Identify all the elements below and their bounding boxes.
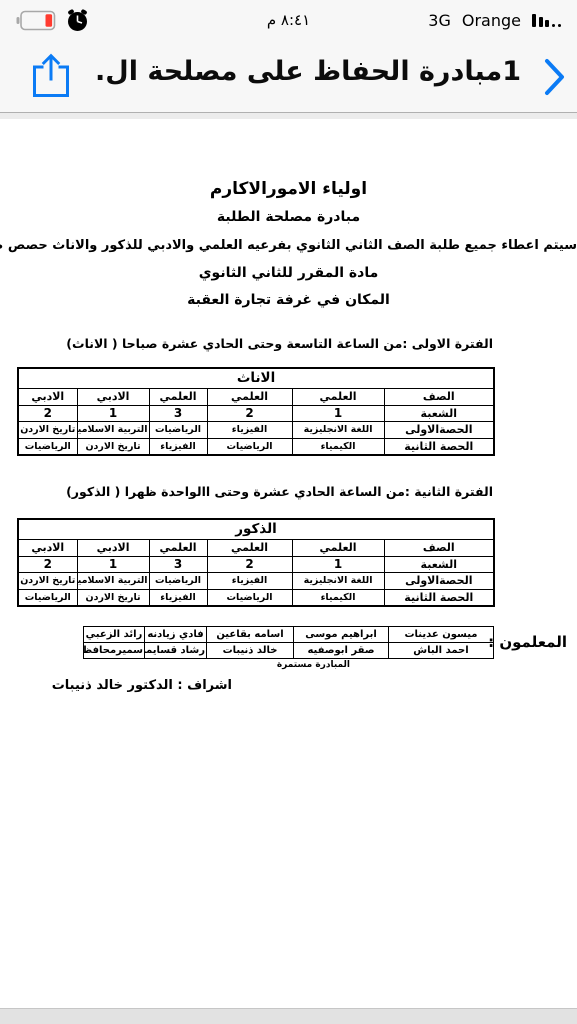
iphone-screen: ٨:٤١ م 3G Orange 1مبادرة الحفاظ على مصلح… — [0, 0, 577, 1024]
doc-subheading: مبادرة مصلحة الطلبة — [0, 209, 577, 225]
table-cell: رشاد قسايمه — [145, 643, 207, 659]
status-left-group — [16, 9, 89, 32]
table-cell: الحصة الثانية — [384, 438, 494, 455]
table-cell: الرياضيات — [149, 572, 207, 589]
table-cell: الادبي — [18, 539, 77, 556]
table-cell: ميسون عدينات — [389, 627, 494, 643]
doc-course-line: مادة المقرر للثاني الثانوي — [0, 265, 577, 281]
table-cell: 1 — [292, 556, 384, 572]
table-cell: فادي زيادنه — [145, 627, 207, 643]
table-cell: العلمي — [207, 539, 292, 556]
table-cell: الرياضيات — [207, 589, 292, 606]
supervision-line: اشراف : الدكتور خالد ذنيبات — [52, 678, 232, 693]
document-title: 1مبادرة الحفاظ على مصلحة ال... — [95, 56, 521, 87]
table-title-row: الاناث — [18, 368, 494, 388]
table-cell: الحصة الثانية — [384, 589, 494, 606]
table-cell: اسامه بقاعين — [207, 627, 294, 643]
alarm-clock-icon — [66, 9, 89, 32]
status-right-group: 3G Orange — [428, 11, 561, 30]
table-cell: التربية الاسلامية — [77, 421, 149, 438]
table-cell: الرياضيات — [149, 421, 207, 438]
table-cell: العلمي — [149, 388, 207, 405]
table-row: الحصة الثانية الكيمياء الرياضيات الفيزيا… — [18, 589, 494, 606]
battery-icon — [16, 10, 56, 31]
nav-bar: 1مبادرة الحفاظ على مصلحة ال... — [0, 40, 577, 113]
table-cell: ابراهيم موسى — [294, 627, 389, 643]
doc-intro-line: سيتم اعطاء جميع طلبة الصف الثاني الثانوي… — [0, 238, 577, 253]
table-title-row: الذكور — [18, 519, 494, 539]
table-cell: الشعبة — [384, 556, 494, 572]
table-cell: الادبي — [77, 388, 149, 405]
network-type: 3G — [428, 11, 451, 30]
table-row: الشعبة 1 2 3 1 2 — [18, 556, 494, 572]
table-row: الشعبة 1 2 3 1 2 — [18, 405, 494, 421]
share-icon[interactable] — [28, 52, 74, 100]
signal-strength-icon — [532, 13, 561, 27]
table-cell: التربية الاسلامية — [77, 572, 149, 589]
teachers-table: ميسون عدينات ابراهيم موسى اسامه بقاعين ف… — [83, 626, 494, 659]
table-row: الحصةالاولى اللغة الانجليزية الفيزياء ال… — [18, 421, 494, 438]
table-cell: الصف — [384, 539, 494, 556]
table-cell: اللغة الانجليزية — [292, 572, 384, 589]
table-cell: الفيزياء — [149, 438, 207, 455]
table-cell: الرياضيات — [18, 589, 77, 606]
table-row: احمد الباش صقر ابوصفيه خالد ذنيبات رشاد … — [84, 643, 494, 659]
table-title-cell: الذكور — [18, 519, 494, 539]
table-header-row: الصف العلمي العلمي العلمي الادبي الادبي — [18, 539, 494, 556]
table-cell: الفيزياء — [207, 421, 292, 438]
page-bottom-strip — [0, 1008, 577, 1024]
status-bar: ٨:٤١ م 3G Orange — [0, 0, 577, 40]
table-cell: احمد الباش — [389, 643, 494, 659]
initiative-note: المبادرة مستمرة — [277, 660, 350, 670]
table-cell: 1 — [77, 556, 149, 572]
schedule-table-females: الاناث الصف العلمي العلمي العلمي الادبي … — [17, 367, 495, 456]
table-cell: الكيمياء — [292, 438, 384, 455]
table-header-row: الصف العلمي العلمي العلمي الادبي الادبي — [18, 388, 494, 405]
table-cell: الرياضيات — [207, 438, 292, 455]
table-cell: 2 — [18, 556, 77, 572]
table-cell: الفيزياء — [207, 572, 292, 589]
doc-heading: اولياء الامورالاكارم — [0, 179, 577, 199]
teachers-label: المعلمون : — [488, 633, 567, 651]
period2-heading: الفترة الثانية :من الساعة الحادي عشرة وح… — [66, 484, 493, 499]
table-cell: اللغة الانجليزية — [292, 421, 384, 438]
table-cell: العلمي — [207, 388, 292, 405]
table-row: الحصةالاولى اللغة الانجليزية الفيزياء ال… — [18, 572, 494, 589]
schedule-table-males: الذكور الصف العلمي العلمي العلمي الادبي … — [17, 518, 495, 607]
table-cell: الشعبة — [384, 405, 494, 421]
table-cell: 3 — [149, 556, 207, 572]
table-cell: تاريخ الاردن — [77, 589, 149, 606]
table-cell: العلمي — [149, 539, 207, 556]
table-cell: 1 — [292, 405, 384, 421]
table-cell: الكيمياء — [292, 589, 384, 606]
table-cell: الرياضيات — [18, 438, 77, 455]
table-cell: الحصةالاولى — [384, 572, 494, 589]
table-cell: الادبي — [18, 388, 77, 405]
table-cell: 3 — [149, 405, 207, 421]
back-chevron-icon[interactable] — [543, 58, 567, 96]
table-cell: 2 — [18, 405, 77, 421]
table-cell: تاريخ الاردن — [18, 421, 77, 438]
table-cell: الحصةالاولى — [384, 421, 494, 438]
table-cell: تاريخ الاردن — [77, 438, 149, 455]
table-cell: الادبي — [77, 539, 149, 556]
document-page[interactable]: اولياء الامورالاكارم مبادرة مصلحة الطلبة… — [0, 119, 577, 1008]
table-cell: الصف — [384, 388, 494, 405]
table-cell: العلمي — [292, 388, 384, 405]
period1-heading: الفترة الاولى :من الساعة التاسعة وحتى ال… — [66, 336, 493, 351]
table-title-cell: الاناث — [18, 368, 494, 388]
table-cell: 2 — [207, 405, 292, 421]
table-cell: تاريخ الاردن — [18, 572, 77, 589]
table-cell: الفيزياء — [149, 589, 207, 606]
table-cell: 1 — [77, 405, 149, 421]
doc-location-line: المكان في غرفة تجارة العقبة — [0, 292, 577, 308]
table-cell: العلمي — [292, 539, 384, 556]
carrier-name: Orange — [462, 11, 521, 30]
table-cell: صقر ابوصفيه — [294, 643, 389, 659]
table-cell: 2 — [207, 556, 292, 572]
table-row: ميسون عدينات ابراهيم موسى اسامه بقاعين ف… — [84, 627, 494, 643]
table-cell: خالد ذنيبات — [207, 643, 294, 659]
table-row: الحصة الثانية الكيمياء الرياضيات الفيزيا… — [18, 438, 494, 455]
table-cell: رائد الزعبي — [84, 627, 145, 643]
table-cell: سميرمحافظة — [84, 643, 145, 659]
